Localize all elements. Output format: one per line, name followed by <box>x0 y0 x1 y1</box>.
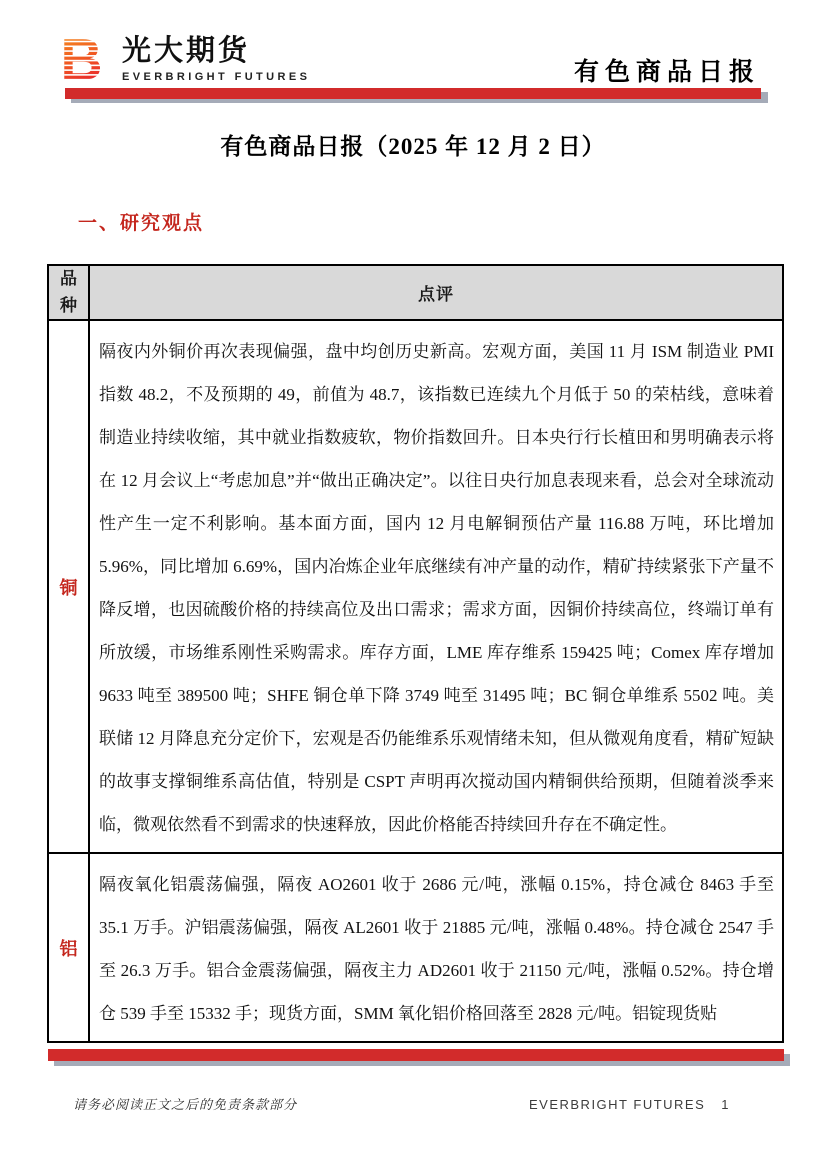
brand-name-cn: 光大期货 <box>122 36 310 68</box>
table-row-aluminum: 铝 隔夜氧化铝震荡偏强，隔夜 AO2601 收于 2686 元/吨，涨幅 0.1… <box>49 852 782 1041</box>
report-type-title: 有色商品日报 <box>574 52 760 88</box>
research-table-clip: 品种 点评 铜 隔夜内外铜价再次表现偏强，盘中均创历史新高。宏观方面，美国 11… <box>47 264 784 1064</box>
page-footer: 请务必阅读正文之后的免责条款部分 EVERBRIGHT FUTURES1 <box>73 1094 730 1113</box>
header-divider-bar <box>65 88 761 99</box>
company-logo: B 光大期货 EVERBRIGHT FUTURES <box>64 32 310 86</box>
brand-name-en: EVERBRIGHT FUTURES <box>122 71 310 83</box>
footer-brand: EVERBRIGHT FUTURES1 <box>529 1097 730 1112</box>
document-title: 有色商品日报（2025 年 12 月 2 日） <box>0 128 826 161</box>
variety-label-copper: 铜 <box>49 321 90 852</box>
comment-copper: 隔夜内外铜价再次表现偏强，盘中均创历史新高。宏观方面，美国 11 月 ISM 制… <box>90 321 782 852</box>
page-number: 1 <box>721 1097 730 1112</box>
table-header-row: 品种 点评 <box>49 266 782 319</box>
footer-divider-bar <box>48 1049 784 1061</box>
comment-aluminum: 隔夜氧化铝震荡偏强，隔夜 AO2601 收于 2686 元/吨，涨幅 0.15%… <box>90 854 782 1041</box>
research-views-table: 品种 点评 铜 隔夜内外铜价再次表现偏强，盘中均创历史新高。宏观方面，美国 11… <box>47 264 784 1043</box>
svg-text:B: B <box>64 32 103 86</box>
report-page: B 光大期货 EVERBRIGHT FUTURES 有色商品日报 有色商品日报（… <box>0 0 826 1169</box>
disclaimer-text: 请务必阅读正文之后的免责条款部分 <box>73 1094 297 1113</box>
column-header-comment: 点评 <box>90 266 782 319</box>
table-row-copper: 铜 隔夜内外铜价再次表现偏强，盘中均创历史新高。宏观方面，美国 11 月 ISM… <box>49 319 782 852</box>
column-header-variety: 品种 <box>49 266 90 319</box>
section-heading-research-views: 一、研究观点 <box>78 208 204 235</box>
footer-brand-text: EVERBRIGHT FUTURES <box>529 1097 705 1112</box>
everbright-b-logo-icon: B <box>64 32 112 86</box>
variety-label-aluminum: 铝 <box>49 854 90 1041</box>
